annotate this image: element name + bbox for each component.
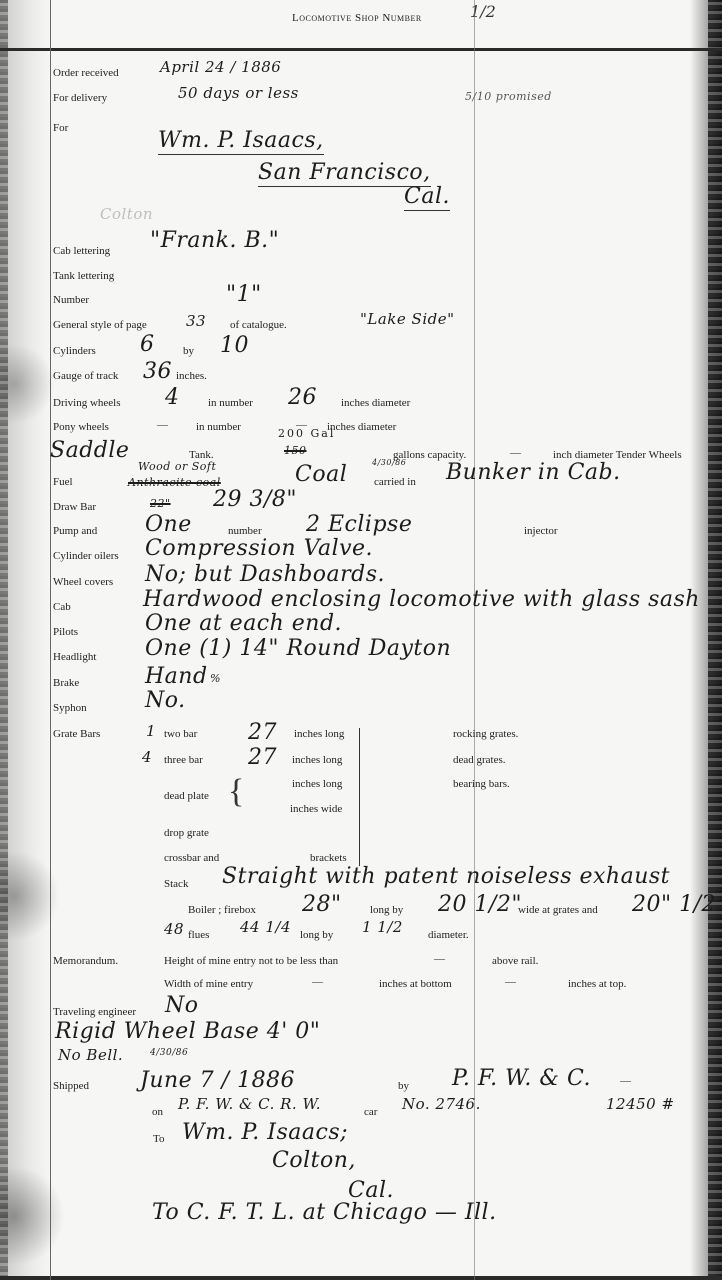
grate-row-1-qty: 1 (146, 722, 156, 740)
general-style-note: "Lake Side" (360, 310, 455, 328)
mine-width-bottom-value: — (312, 976, 323, 988)
draw-bar-label: Draw Bar (53, 501, 96, 513)
grate-row-6-unit: brackets (310, 852, 347, 864)
page-edge-right (708, 0, 722, 1280)
car-value: No. 2746. (402, 1095, 481, 1113)
inches-at-top-label: inches at top. (568, 978, 626, 990)
shipped-by-label: by (398, 1080, 409, 1092)
tender-dash: — (510, 447, 521, 459)
firebox-length: 28" (302, 892, 342, 917)
traveling-engineer-value: No (165, 993, 199, 1018)
grate-row-2-qty: 4 (142, 748, 152, 766)
draw-bar-old: 22" (150, 497, 171, 510)
cylinder-oilers-label: Cylinder oilers (53, 550, 119, 562)
footer-rule (0, 1276, 722, 1280)
shipped-on-label: on (152, 1106, 163, 1118)
fuel-value: Coal (295, 462, 347, 487)
flues-count: 48 (164, 920, 184, 938)
flues-diameter: 1 1/2 (362, 918, 403, 936)
grate-bars-divider (359, 728, 360, 866)
page-edge-left (0, 0, 8, 1280)
injector-value: 2 Eclipse (306, 512, 412, 537)
car-label: car (364, 1106, 377, 1118)
cab-lettering-value: "Frank. B." (150, 228, 279, 253)
pilot-label: Pilots (53, 626, 78, 638)
brake-label: Brake (53, 677, 79, 689)
cylinders-by-label: by (183, 345, 194, 357)
firebox-width: 20 1/2" (438, 892, 522, 917)
form-header-title: Locomotive Shop Number (292, 12, 422, 24)
firebox-top: 20" 1/2 (632, 892, 716, 917)
header-rule (0, 48, 722, 51)
gauge-label: Gauge of track (53, 370, 118, 382)
document-page: Locomotive Shop Number 1/2 Order receive… (0, 0, 722, 1280)
grate-row-2-right: dead grates. (453, 754, 506, 766)
brake-mark: % (210, 672, 221, 685)
delivery-side-note: 5/10 promised (465, 90, 552, 103)
driving-wheels-label: Driving wheels (53, 397, 121, 409)
customer-state: Cal. (404, 184, 450, 209)
mine-width-top-value: — (505, 976, 516, 988)
ship-to-city: Colton, (272, 1148, 356, 1173)
order-received-value: April 24 / 1886 (160, 58, 281, 76)
grate-row-1-right: rocking grates. (453, 728, 518, 740)
fuel-new: Wood or Soft (138, 460, 216, 473)
order-received-label: Order received (53, 67, 119, 79)
mine-width-label: Width of mine entry (164, 978, 253, 990)
shipped-on-value: P. F. W. & C. R. W. (178, 1095, 321, 1113)
tank-capacity-old: 150 (284, 444, 307, 457)
flues-diameter-label: diameter. (428, 929, 469, 941)
flues-long-by-label: long by (300, 929, 333, 941)
headlight-value: One (1) 14" Round Dayton (145, 636, 451, 661)
shipping-via-note: To C. F. T. L. at Chicago — Ill. (152, 1200, 497, 1225)
fuel-old: Anthracite coal (128, 476, 221, 489)
left-margin-rule (50, 0, 51, 1280)
fuel-date: 4/30/86 (372, 458, 406, 467)
cylinders-stroke: 10 (220, 333, 249, 358)
pony-wheels-label: Pony wheels (53, 421, 109, 433)
driving-inches-diameter-label: inches diameter (341, 397, 410, 409)
firebox-wide-label: wide at grates and (518, 904, 598, 916)
memorandum-label: Memorandum. (53, 955, 118, 967)
grate-row-4-unit: inches wide (290, 803, 342, 815)
rigid-wheel-base-note: Rigid Wheel Base 4' 0" (55, 1019, 320, 1044)
grate-row-1-unit: inches long (294, 728, 344, 740)
shipped-date: June 7 / 1886 (140, 1068, 295, 1093)
pilot-value: One at each end. (145, 611, 342, 636)
faded-note: Colton (100, 205, 153, 223)
grate-row-2-length: 27 (248, 745, 277, 770)
shipped-label: Shipped (53, 1080, 89, 1092)
gauge-value: 36 (143, 359, 172, 384)
fuel-label: Fuel (53, 476, 73, 488)
pony-wheels-number: — (157, 419, 168, 431)
dead-plate-bracket: { (228, 775, 244, 809)
shipment-weight: 12450 # (606, 1095, 675, 1113)
customer-city: San Francisco, (258, 160, 431, 185)
grate-row-1-length: 27 (248, 720, 277, 745)
traveling-engineer-label: Traveling engineer (53, 1006, 136, 1018)
mine-height-label: Height of mine entry not to be less than (164, 955, 338, 967)
firebox-long-by-label: long by (370, 904, 403, 916)
grate-row-1-name: two bar (164, 728, 197, 740)
stack-value: Straight with patent noiseless exhaust (222, 864, 670, 889)
cylinders-label: Cylinders (53, 345, 96, 357)
for-delivery-value: 50 days or less (178, 84, 299, 102)
cylinders-bore: 6 (140, 332, 155, 357)
brake-value: Hand (145, 664, 208, 689)
driving-in-number-label: in number (208, 397, 253, 409)
pony-in-number-label: in number (196, 421, 241, 433)
general-style-suffix: of catalogue. (230, 319, 287, 331)
flues-label: flues (188, 929, 209, 941)
gauge-suffix: inches. (176, 370, 207, 382)
draw-bar-value: 29 3/8" (213, 487, 297, 512)
bell-note: No Bell. (58, 1046, 123, 1064)
inches-at-bottom-label: inches at bottom (379, 978, 452, 990)
cab-label: Cab (53, 601, 71, 613)
injector-label: injector (524, 525, 558, 537)
syphon-value: No. (145, 688, 186, 713)
customer-name: Wm. P. Isaacs, (158, 128, 324, 153)
shipped-by-dash: — (620, 1075, 631, 1087)
grate-row-3-name: dead plate (164, 790, 209, 802)
ship-to-label: To (153, 1133, 164, 1145)
stack-label: Stack (164, 878, 188, 890)
grate-row-3-right: bearing bars. (453, 778, 510, 790)
bell-date: 4/30/86 (150, 1048, 188, 1058)
grate-row-3-unit: inches long (292, 778, 342, 790)
shipped-by-value: P. F. W. & C. (452, 1066, 591, 1091)
tank-type: Saddle (50, 438, 129, 463)
number-label: Number (53, 294, 89, 306)
carried-in-value: Bunker in Cab. (446, 460, 621, 485)
grate-row-6-name: crossbar and (164, 852, 219, 864)
for-delivery-label: For delivery (53, 92, 107, 104)
wheel-covers-label: Wheel covers (53, 576, 113, 588)
driving-wheels-number: 4 (165, 385, 180, 410)
wheel-covers-value: No; but Dashboards. (145, 562, 385, 587)
cylinder-oilers-value: Compression Valve. (145, 536, 373, 561)
tank-capacity-new: 200 Gal (278, 427, 335, 440)
tank-lettering-label: Tank lettering (53, 270, 114, 282)
driving-wheels-diameter: 26 (288, 385, 317, 410)
cab-value: Hardwood enclosing locomotive with glass… (143, 587, 700, 612)
syphon-label: Syphon (53, 702, 87, 714)
mine-height-value: — (434, 953, 445, 965)
firebox-label: Boiler ; firebox (188, 904, 256, 916)
general-style-label: General style of page (53, 319, 147, 331)
cab-lettering-label: Cab lettering (53, 245, 110, 257)
above-rail-label: above rail. (492, 955, 538, 967)
headlight-label: Headlight (53, 651, 96, 663)
flues-length: 44 1/4 (240, 918, 291, 936)
grate-row-2-name: three bar (164, 754, 203, 766)
carried-in-label: carried in (374, 476, 416, 488)
ship-to-name: Wm. P. Isaacs; (182, 1120, 348, 1145)
pump-label: Pump and (53, 525, 97, 537)
pump-value: One (145, 512, 192, 537)
grate-bars-label: Grate Bars (53, 728, 100, 740)
grate-row-2-unit: inches long (292, 754, 342, 766)
grate-row-5-name: drop grate (164, 827, 209, 839)
pony-inches-diameter-label: inches diameter (327, 421, 396, 433)
for-label: For (53, 122, 68, 134)
number-value: "1" (226, 282, 262, 307)
general-style-page: 33 (186, 312, 206, 330)
